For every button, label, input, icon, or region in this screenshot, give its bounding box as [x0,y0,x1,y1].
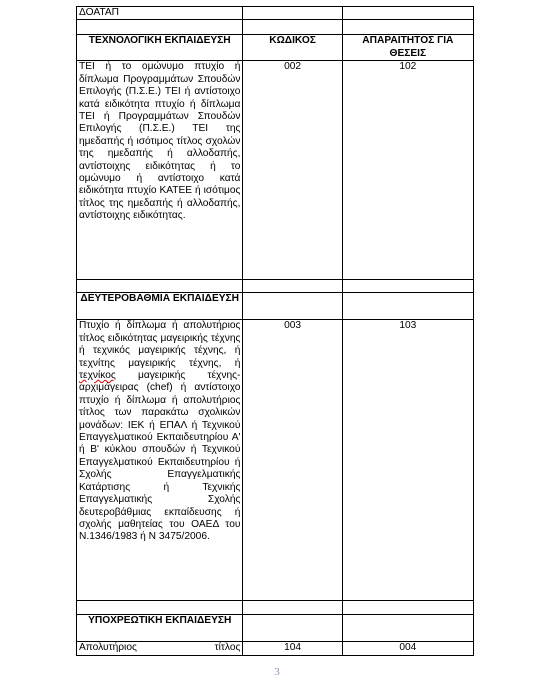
table-row: ΔΟΑΤΑΠ [77,7,474,20]
top-label-cell: ΔΟΑΤΑΠ [77,7,243,20]
qualification-description: ΤΕΙ ή το ομώνυμο πτυχίο ή δίπλωμα Προγρα… [77,61,243,280]
code-value: 003 [243,320,342,601]
code-value: 104 [243,642,342,655]
qualifications-table: ΔΟΑΤΑΠ ΤΕΧΝΟΛΟΓΙΚΗ ΕΚΠΑΙΔΕΥΣΗ ΚΩΔΙΚΟΣ ΑΠ… [76,6,474,656]
spacer-row [77,20,474,35]
qualification-description: Απολυτήριος τίτλος [77,642,243,655]
empty-cell [243,7,342,20]
description-text: μαγειρικής τέχνης-αρχιμάγειρας (chef) ή … [79,370,240,542]
qualification-description: Πτυχίο ή δίπλωμα ή απολυτήριος τίτλος ει… [77,320,243,601]
column-header-required: ΑΠΑΡΑΙΤΗΤΟΣ ΓΙΑ ΘΕΣΕΙΣ [342,35,473,61]
table-row: Πτυχίο ή δίπλωμα ή απολυτήριος τίτλος ει… [77,320,474,601]
section-title: ΤΕΧΝΟΛΟΓΙΚΗ ΕΚΠΑΙΔΕΥΣΗ [77,35,243,61]
section-title: ΔΕΥΤΕΡΟΒΑΘΜΙΑ ΕΚΠΑΙΔΕΥΣΗ [77,293,243,320]
table-row: Απολυτήριος τίτλος 104 004 [77,642,474,655]
column-header-code: ΚΩΔΙΚΟΣ [243,35,342,61]
required-value: 102 [342,61,473,280]
spacer-row [77,280,474,293]
required-value: 103 [342,320,473,601]
spacer-row [77,601,474,615]
empty-cell [342,7,473,20]
section-header-row: ΥΠΟΧΡΕΩΤΙΚΗ ΕΚΠΑΙΔΕΥΣΗ [77,615,474,642]
section-header-row: ΔΕΥΤΕΡΟΒΑΘΜΙΑ ΕΚΠΑΙΔΕΥΣΗ [77,293,474,320]
misspelled-word: τεχνίκος [79,370,116,381]
page-number: 3 [272,666,282,678]
code-value: 002 [243,61,342,280]
description-text: Πτυχίο ή δίπλωμα ή απολυτήριος τίτλος ει… [79,320,240,368]
section-header-row: ΤΕΧΝΟΛΟΓΙΚΗ ΕΚΠΑΙΔΕΥΣΗ ΚΩΔΙΚΟΣ ΑΠΑΡΑΙΤΗΤ… [77,35,474,61]
section-title: ΥΠΟΧΡΕΩΤΙΚΗ ΕΚΠΑΙΔΕΥΣΗ [77,615,243,642]
table-row: ΤΕΙ ή το ομώνυμο πτυχίο ή δίπλωμα Προγρα… [77,61,474,280]
required-value: 004 [342,642,473,655]
